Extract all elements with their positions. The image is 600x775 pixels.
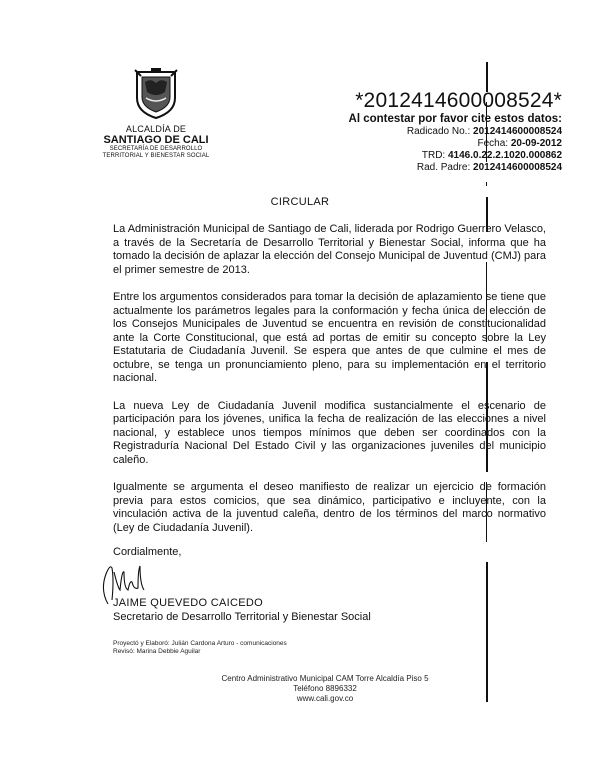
citation-note: Al contestar por favor cite estos datos: (349, 113, 562, 126)
signer-block: JAIME QUEVEDO CAICEDO Secretario de Desa… (113, 596, 371, 624)
document-body: La Administración Municipal de Santiago … (113, 223, 546, 549)
signer-title: Secretario de Desarrollo Territorial y B… (113, 610, 371, 624)
trd-value: 4146.0.22.2.1020.000862 (448, 150, 562, 161)
radicado-label: Radicado No.: (407, 126, 470, 137)
fecha-row: Fecha: 20-09-2012 (349, 138, 562, 150)
paragraph: La nueva Ley de Ciudadanía Juvenil modif… (113, 400, 546, 468)
org-line-4: TERRITORIAL Y BIENESTAR SOCIAL (100, 153, 212, 160)
barcode-number: *2012414600008524* (349, 90, 562, 112)
coat-of-arms-icon (133, 68, 179, 120)
trd-row: TRD: 4146.0.22.2.1020.000862 (349, 150, 562, 162)
credit-line: Proyectó y Elaboró: Julián Cardona Artur… (113, 640, 287, 648)
credits: Proyectó y Elaboró: Julián Cardona Artur… (113, 640, 287, 656)
paragraph: Igualmente se argumenta el deseo manifie… (113, 481, 546, 535)
filing-info: *2012414600008524* Al contestar por favo… (349, 90, 562, 174)
scan-artifact-line (486, 62, 489, 702)
radicado-row: Radicado No.: 2012414600008524 (349, 126, 562, 138)
organization-name: ALCALDÍA DE SANTIAGO DE CALI SECRETARÍA … (100, 124, 212, 160)
scanned-letter-page: ALCALDÍA DE SANTIAGO DE CALI SECRETARÍA … (0, 0, 600, 775)
fecha-value: 20-09-2012 (511, 138, 562, 149)
fecha-label: Fecha: (477, 138, 508, 149)
org-line-3: SECRETARÍA DE DESARROLLO (100, 146, 212, 153)
footer-address: Centro Administrativo Municipal CAM Torr… (180, 674, 470, 684)
document-title: CIRCULAR (0, 196, 600, 208)
rad-padre-row: Rad. Padre: 2012414600008524 (349, 162, 562, 174)
footer: Centro Administrativo Municipal CAM Torr… (180, 674, 470, 704)
paragraph: Entre los argumentos considerados para t… (113, 291, 546, 386)
rad-padre-label: Rad. Padre: (417, 162, 470, 173)
org-line-2: SANTIAGO DE CALI (100, 134, 212, 146)
footer-website: www.cali.gov.co (180, 694, 470, 704)
credit-line: Revisó: Marina Debbie Aguilar (113, 648, 287, 656)
paragraph: La Administración Municipal de Santiago … (113, 223, 546, 277)
footer-phone: Teléfono 8896332 (180, 684, 470, 694)
trd-label: TRD: (422, 150, 445, 161)
signer-name: JAIME QUEVEDO CAICEDO (113, 596, 371, 610)
org-line-1: ALCALDÍA DE (100, 124, 212, 134)
closing: Cordialmente, (113, 546, 181, 558)
